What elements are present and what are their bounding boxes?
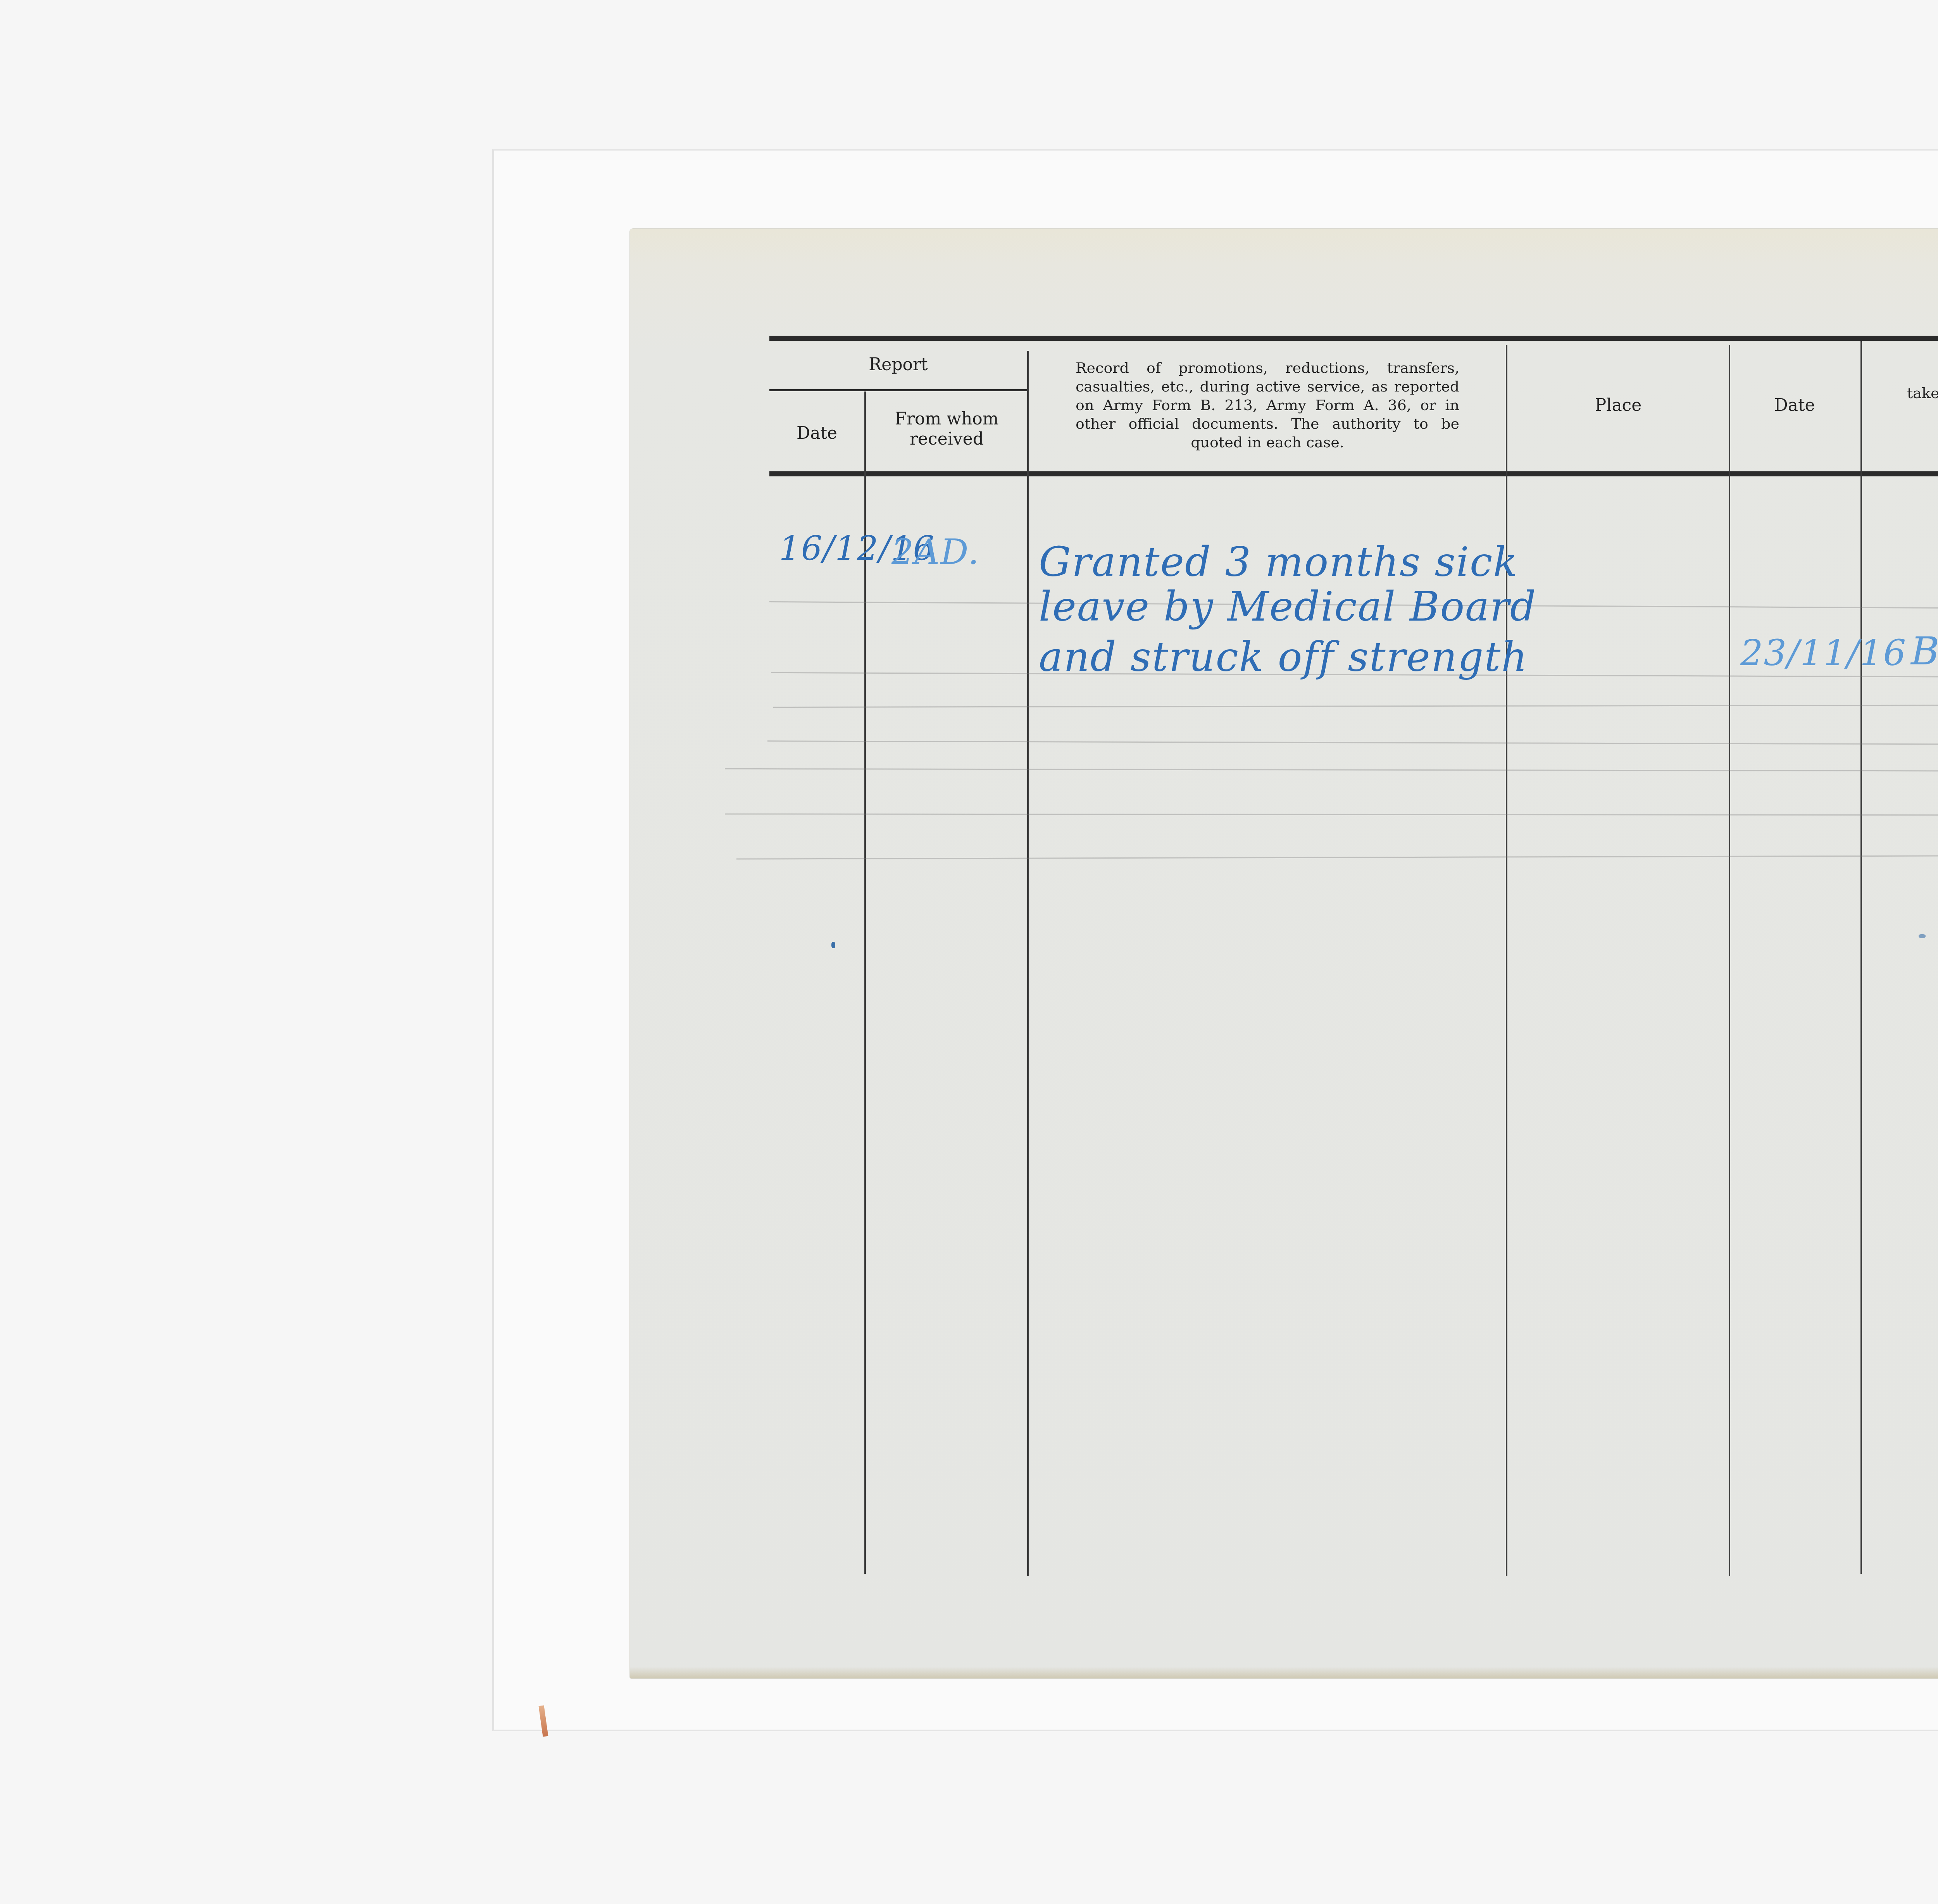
col-divider-date-remarks — [1860, 341, 1862, 1574]
header-report-group: Report — [771, 355, 1025, 375]
header-from-whom: From whom received — [880, 409, 1014, 449]
entry-remarks: B. 213. — [1911, 626, 1938, 676]
col-divider-report-record — [1027, 351, 1029, 1576]
entry-record-line-3: and struck off strength — [1039, 632, 1528, 682]
ink-speck — [831, 942, 835, 948]
entry-date: 23/11/16 — [1740, 628, 1907, 678]
col-divider-record-place — [1506, 345, 1507, 1576]
header-report-date: Date — [771, 423, 862, 443]
paper-edge-stain — [630, 1667, 1938, 1678]
col-divider-place-date — [1729, 345, 1730, 1576]
entry-record-line-1: Granted 3 months sick — [1039, 537, 1518, 587]
header-place: Place — [1510, 395, 1727, 416]
header-remarks-title: Remarks — [1899, 362, 1938, 383]
header-remarks-description: taken from Army Form B. 213, Army Form A… — [1907, 384, 1938, 421]
header-top-rule — [769, 336, 1938, 341]
header-record-description: Record of promotions, reductions, transf… — [1076, 359, 1459, 452]
entry-from-whom: 2AD. — [891, 527, 980, 578]
report-group-rule — [769, 389, 1027, 391]
header-date: Date — [1731, 395, 1859, 416]
header-bottom-rule — [769, 471, 1938, 476]
ink-speck — [1919, 934, 1926, 938]
entry-record-line-2: leave by Medical Board — [1039, 581, 1536, 632]
